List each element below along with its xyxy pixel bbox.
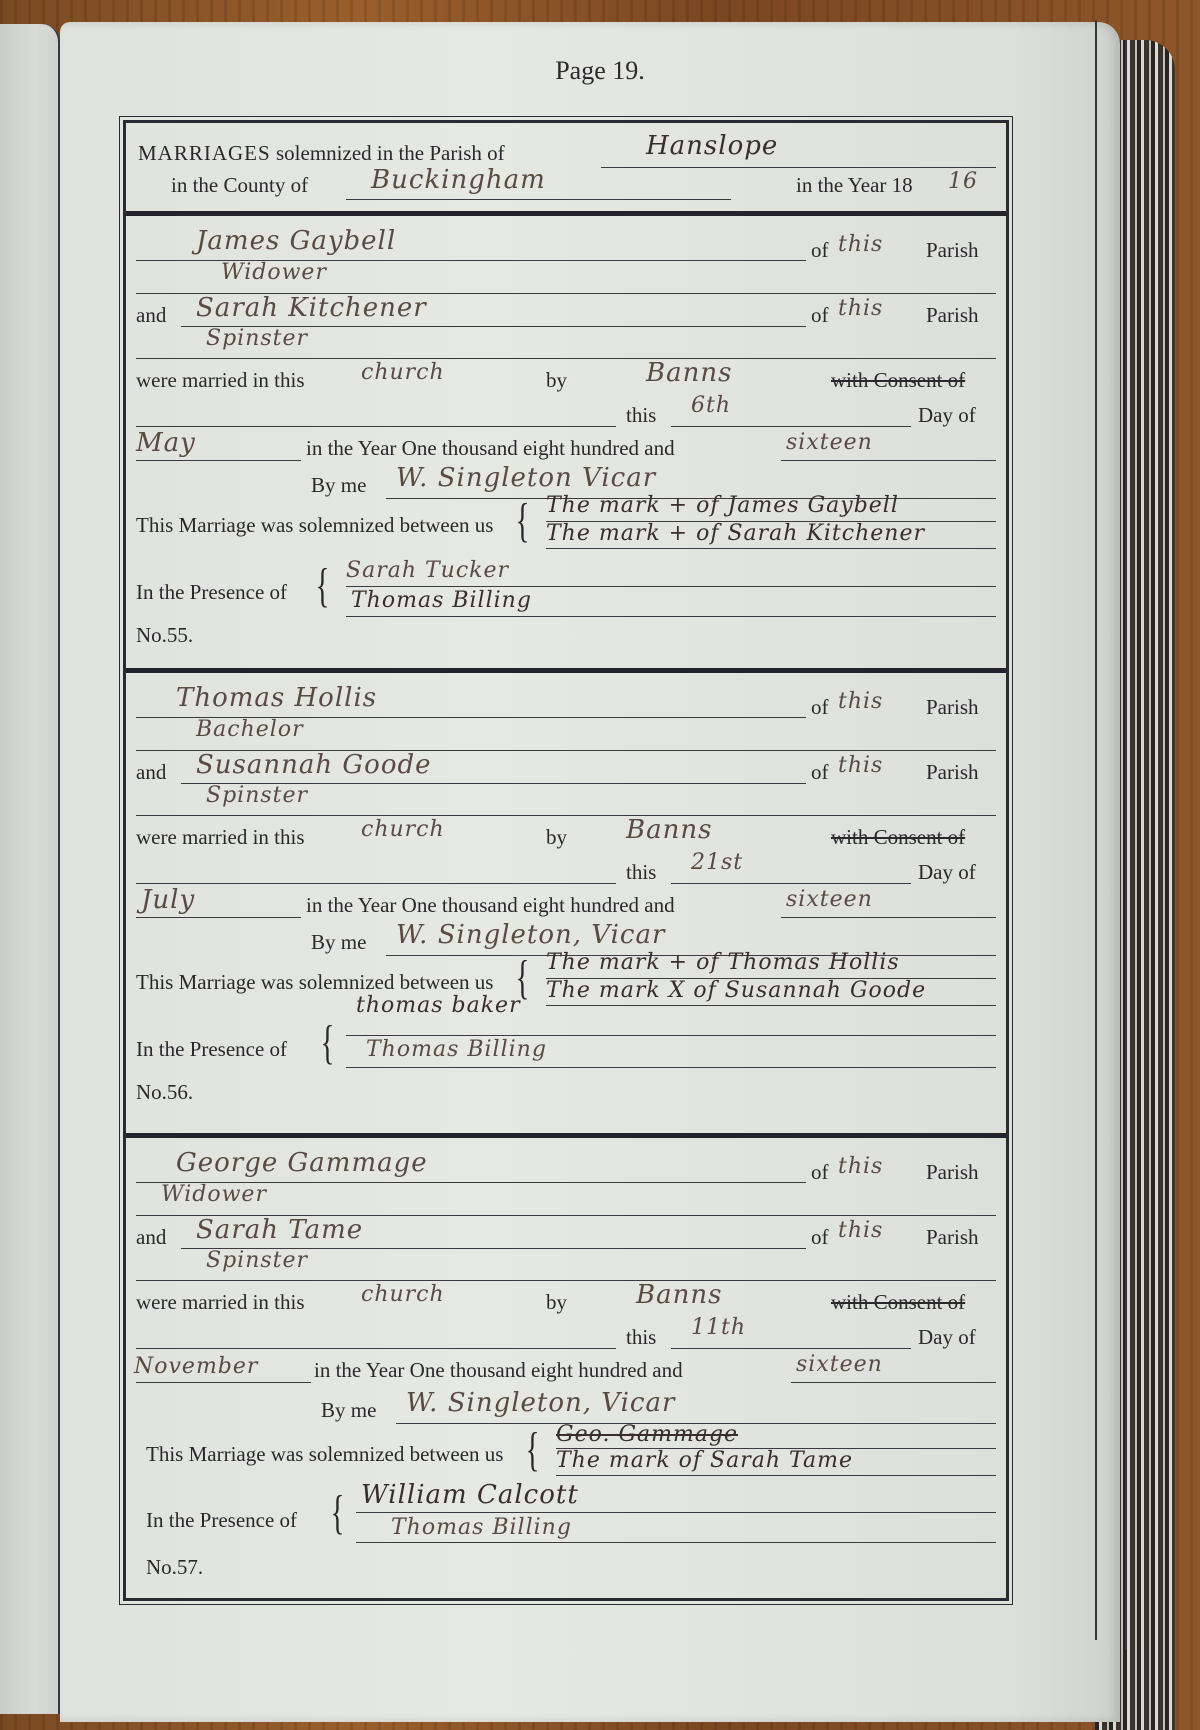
bride-name: Sarah Kitchener bbox=[196, 293, 427, 323]
entry-divider bbox=[126, 1133, 1006, 1138]
by-me-label: By me bbox=[311, 930, 366, 955]
of-label: of bbox=[811, 303, 829, 328]
field-line bbox=[136, 1382, 311, 1383]
field-line bbox=[346, 1035, 996, 1036]
groom-name: George Gammage bbox=[176, 1148, 428, 1178]
marriage-place: church bbox=[361, 1282, 445, 1307]
header-solemnized-label: solemnized in the Parish of bbox=[276, 141, 505, 166]
groom-name: James Gaybell bbox=[196, 226, 396, 256]
groom-status: Bachelor bbox=[196, 717, 304, 742]
entry-number: No.55. bbox=[136, 623, 193, 648]
field-line bbox=[136, 358, 996, 359]
header-divider bbox=[126, 211, 1006, 216]
marriage-register-table: MARRIAGES solemnized in the Parish of Ha… bbox=[123, 120, 1009, 1601]
witness-1-signature: Sarah Tucker bbox=[346, 558, 509, 583]
groom-parish: this bbox=[838, 232, 883, 257]
groom-status: Widower bbox=[221, 260, 327, 285]
field-line bbox=[136, 426, 616, 427]
groom-parish: this bbox=[838, 1154, 883, 1179]
field-line bbox=[791, 1382, 996, 1383]
solemnized-between-label: This Marriage was solemnized between us bbox=[136, 513, 493, 538]
groom-parish: this bbox=[838, 689, 883, 714]
marriage-year-word: sixteen bbox=[786, 887, 873, 912]
field-line bbox=[671, 1348, 911, 1349]
county-name: Buckingham bbox=[371, 165, 546, 195]
this-label: this bbox=[626, 1325, 656, 1350]
by-me-label: By me bbox=[311, 473, 366, 498]
in-presence-label: In the Presence of bbox=[136, 1037, 287, 1062]
field-line bbox=[136, 1280, 996, 1281]
bride-status: Spinster bbox=[206, 1248, 308, 1273]
page-edge-line bbox=[1095, 20, 1097, 1640]
bride-signature: The mark of Sarah Tame bbox=[556, 1448, 853, 1473]
page-edge-line bbox=[1125, 40, 1127, 1650]
day-of-label: Day of bbox=[918, 1325, 976, 1350]
were-married-label: were married in this bbox=[136, 1290, 305, 1315]
groom-signature: Geo. Gammage bbox=[556, 1422, 738, 1447]
marriage-day: 11th bbox=[691, 1315, 746, 1340]
marriage-place: church bbox=[361, 360, 445, 385]
field-line bbox=[546, 548, 996, 549]
marriage-month: July bbox=[141, 885, 195, 915]
bride-name: Susannah Goode bbox=[196, 750, 432, 780]
in-presence-label: In the Presence of bbox=[146, 1508, 297, 1533]
field-line bbox=[346, 616, 996, 617]
by-label: by bbox=[546, 368, 567, 393]
left-page-edge bbox=[0, 24, 60, 1714]
year-label: in the Year 18 bbox=[796, 173, 913, 198]
with-consent-label: with Consent of bbox=[831, 368, 965, 393]
parish-name: Hanslope bbox=[646, 131, 778, 161]
entry-number: No.56. bbox=[136, 1080, 193, 1105]
header-marriages: MARRIAGES bbox=[138, 141, 271, 166]
of-label: of bbox=[811, 695, 829, 720]
of-label: of bbox=[811, 1225, 829, 1250]
page-number: Page 19. bbox=[0, 56, 1200, 86]
and-label: and bbox=[136, 760, 166, 785]
and-label: and bbox=[136, 303, 166, 328]
brace: { bbox=[331, 1485, 345, 1540]
groom-signature: The mark + of Thomas Hollis bbox=[546, 950, 900, 975]
field-line bbox=[671, 426, 911, 427]
marriage-place: church bbox=[361, 817, 445, 842]
field-line bbox=[136, 460, 301, 461]
brace: { bbox=[316, 558, 330, 613]
field-line bbox=[546, 1005, 996, 1006]
field-line bbox=[136, 917, 301, 918]
and-label: and bbox=[136, 1225, 166, 1250]
marriage-by: Banns bbox=[646, 358, 732, 388]
field-line bbox=[136, 815, 996, 816]
field-line bbox=[356, 1512, 996, 1513]
by-me-label: By me bbox=[321, 1398, 376, 1423]
this-label: this bbox=[626, 403, 656, 428]
marriage-entry-56: Thomas Hollis of this Parish Bachelor an… bbox=[126, 675, 1006, 1145]
bride-parish: this bbox=[838, 1218, 883, 1243]
marriage-year-word: sixteen bbox=[796, 1352, 883, 1377]
bride-status: Spinster bbox=[206, 783, 308, 808]
were-married-label: were married in this bbox=[136, 368, 305, 393]
witness-2-signature: Thomas Billing bbox=[351, 588, 532, 613]
witness-1-signature: thomas baker bbox=[356, 993, 521, 1018]
officiant-signature: W. Singleton Vicar bbox=[396, 463, 656, 493]
marriage-day: 21st bbox=[691, 850, 743, 875]
were-married-label: were married in this bbox=[136, 825, 305, 850]
bride-name: Sarah Tame bbox=[196, 1215, 363, 1245]
year-suffix: 16 bbox=[948, 169, 978, 194]
field-line bbox=[671, 883, 911, 884]
parish-label: Parish bbox=[926, 1225, 979, 1250]
of-label: of bbox=[811, 1160, 829, 1185]
groom-name: Thomas Hollis bbox=[176, 683, 377, 713]
bride-signature: The mark + of Sarah Kitchener bbox=[546, 521, 925, 546]
marriage-by: Banns bbox=[626, 815, 712, 845]
field-line bbox=[356, 1542, 996, 1543]
marriage-entry-55: James Gaybell of this Parish Widower and… bbox=[126, 218, 1006, 688]
in-presence-label: In the Presence of bbox=[136, 580, 287, 605]
brace: { bbox=[516, 493, 530, 548]
day-of-label: Day of bbox=[918, 403, 976, 428]
of-label: of bbox=[811, 760, 829, 785]
day-of-label: Day of bbox=[918, 860, 976, 885]
parish-field-line bbox=[601, 167, 996, 168]
groom-status: Widower bbox=[161, 1182, 267, 1207]
marriage-by: Banns bbox=[636, 1280, 722, 1310]
marriage-year-word: sixteen bbox=[786, 430, 873, 455]
county-field-line bbox=[346, 199, 731, 200]
bride-parish: this bbox=[838, 296, 883, 321]
field-line bbox=[136, 1348, 616, 1349]
parish-label: Parish bbox=[926, 303, 979, 328]
in-the-year-label: in the Year One thousand eight hundred a… bbox=[306, 436, 675, 461]
with-consent-label: with Consent of bbox=[831, 1290, 965, 1315]
brace: { bbox=[321, 1015, 335, 1070]
groom-signature: The mark + of James Gaybell bbox=[546, 493, 899, 518]
entry-number: No.57. bbox=[146, 1555, 203, 1580]
witness-1-signature: William Calcott bbox=[361, 1480, 579, 1510]
with-consent-label: with Consent of bbox=[831, 825, 965, 850]
solemnized-between-label: This Marriage was solemnized between us bbox=[146, 1442, 503, 1467]
field-line bbox=[136, 883, 616, 884]
solemnized-between-label: This Marriage was solemnized between us bbox=[136, 970, 493, 995]
field-line bbox=[346, 1067, 996, 1068]
parish-label: Parish bbox=[926, 760, 979, 785]
entry-divider bbox=[126, 668, 1006, 673]
officiant-signature: W. Singleton, Vicar bbox=[406, 1388, 675, 1418]
bride-status: Spinster bbox=[206, 326, 308, 351]
parish-label: Parish bbox=[926, 695, 979, 720]
field-line bbox=[781, 917, 996, 918]
marriage-month: May bbox=[136, 428, 196, 458]
officiant-signature: W. Singleton, Vicar bbox=[396, 920, 665, 950]
witness-2-signature: Thomas Billing bbox=[366, 1037, 547, 1062]
marriage-day: 6th bbox=[691, 393, 731, 418]
county-label: in the County of bbox=[171, 173, 308, 198]
in-the-year-label: in the Year One thousand eight hundred a… bbox=[314, 1358, 683, 1383]
bride-signature: The mark X of Susannah Goode bbox=[546, 978, 926, 1003]
marriage-month: November bbox=[134, 1354, 258, 1379]
by-label: by bbox=[546, 825, 567, 850]
brace: { bbox=[526, 1422, 540, 1477]
parish-label: Parish bbox=[926, 238, 979, 263]
field-line bbox=[781, 460, 996, 461]
in-the-year-label: in the Year One thousand eight hundred a… bbox=[306, 893, 675, 918]
witness-2-signature: Thomas Billing bbox=[391, 1515, 572, 1540]
this-label: this bbox=[626, 860, 656, 885]
by-label: by bbox=[546, 1290, 567, 1315]
field-line bbox=[556, 1475, 996, 1476]
of-label: of bbox=[811, 238, 829, 263]
marriage-entry-57: George Gammage of this Parish Widower an… bbox=[126, 1140, 1006, 1590]
bride-parish: this bbox=[838, 753, 883, 778]
parish-label: Parish bbox=[926, 1160, 979, 1185]
field-line bbox=[346, 586, 996, 587]
